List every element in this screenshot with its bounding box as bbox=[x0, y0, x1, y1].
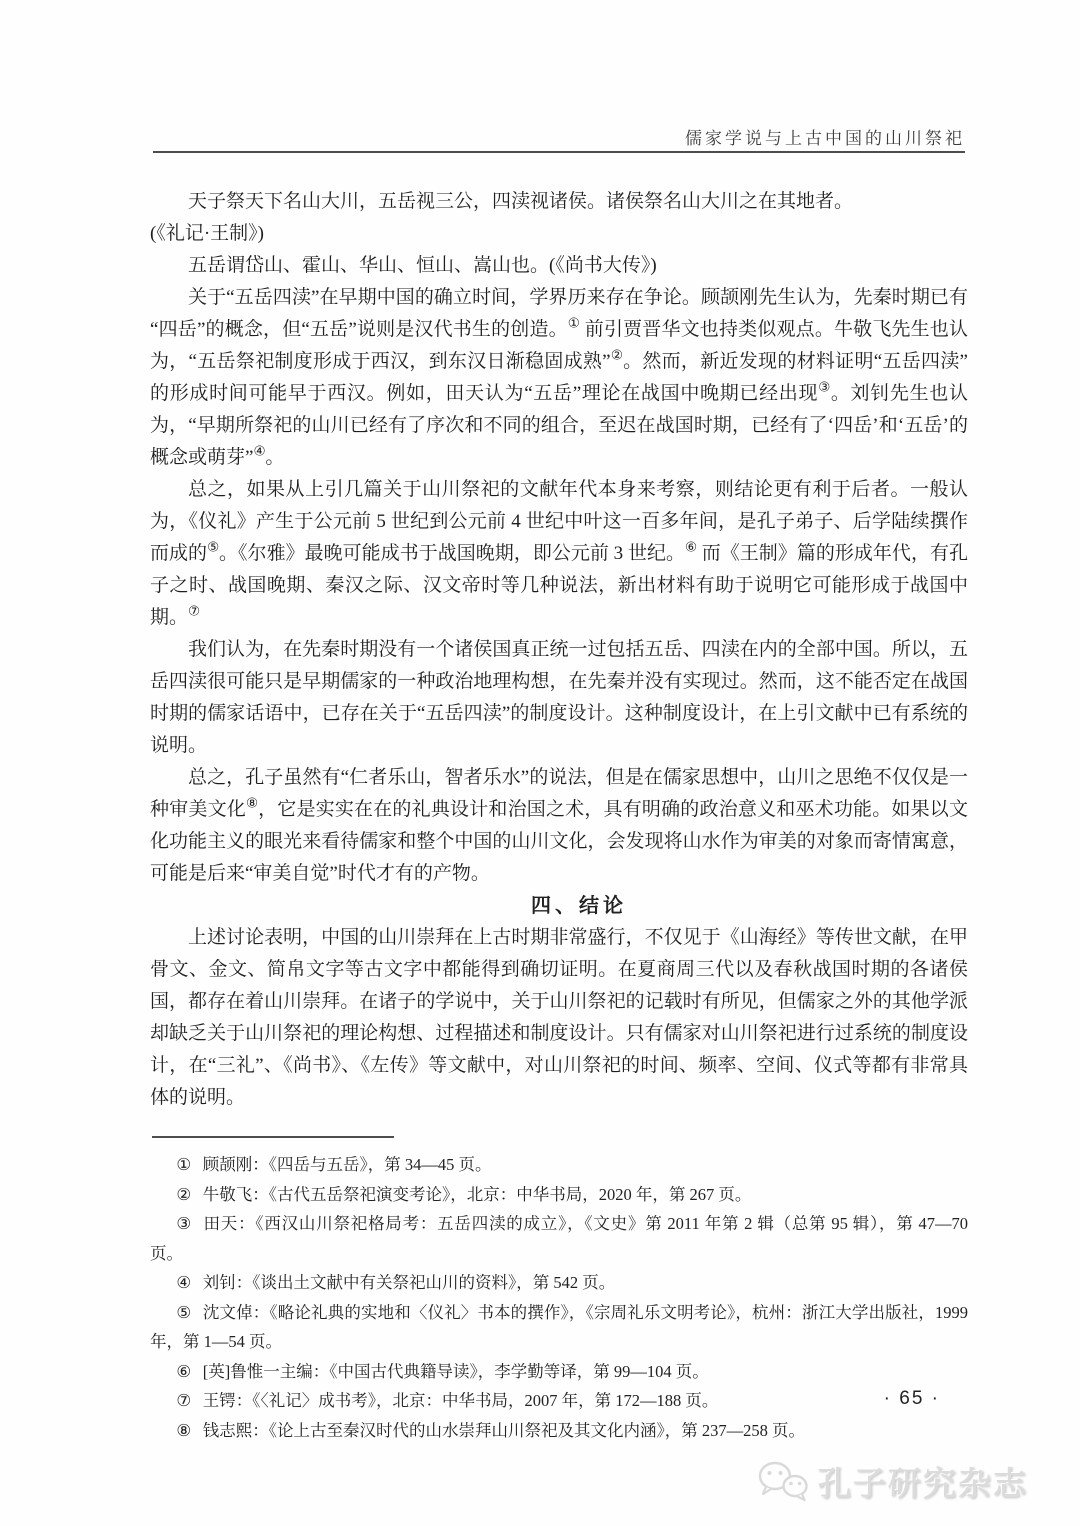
wechat-icon bbox=[756, 1459, 810, 1505]
paragraph: 总之，孔子虽然有“仁者乐山，智者乐水”的说法，但是在儒家思想中，山川之思绝不仅仅… bbox=[150, 762, 968, 890]
footnote: ⑥[英]鲁惟一主编：《中国古代典籍导读》，李学勤等译，第 99—104 页。 bbox=[150, 1357, 968, 1387]
footnote-number: ⑥ bbox=[176, 1357, 191, 1387]
quote-attribution: (《礼记·王制》) bbox=[150, 218, 968, 250]
footnote: ⑧钱志熙：《论上古至秦汉时代的山水崇拜山川祭祀及其文化内涵》，第 237—258… bbox=[150, 1416, 968, 1446]
footnote-number: ② bbox=[176, 1180, 191, 1210]
paragraph: 关于“五岳四渎”在早期中国的确立时间，学界历来存在争论。顾颉刚先生认为，先秦时期… bbox=[150, 282, 968, 474]
footnote: ①顾颉刚：《四岳与五岳》，第 34—45 页。 bbox=[150, 1150, 968, 1180]
conclusion-paragraph: 上述讨论表明，中国的山川崇拜在上古时期非常盛行，不仅见于《山海经》等传世文献，在… bbox=[150, 922, 968, 1114]
footnote: ④刘钊：《谈出土文献中有关祭祀山川的资料》，第 542 页。 bbox=[150, 1268, 968, 1298]
running-title: 儒家学说与上古中国的山川祭祀 bbox=[153, 124, 965, 149]
footnote: ③田天：《西汉山川祭祀格局考：五岳四渎的成立》，《文史》第 2011 年第 2 … bbox=[150, 1209, 968, 1268]
footnote-text: 顾颉刚：《四岳与五岳》，第 34—45 页。 bbox=[203, 1155, 492, 1174]
footnote: ②牛敬飞：《古代五岳祭祀演变考论》，北京：中华书局，2020 年，第 267 页… bbox=[150, 1180, 968, 1210]
journal-watermark-text: 孔子研究杂志 bbox=[818, 1458, 1028, 1505]
page: 儒家学说与上古中国的山川祭祀 天子祭天下名山大川，五岳视三公，四渎视诸侯。诸侯祭… bbox=[0, 0, 1080, 1526]
footnote-number: ⑧ bbox=[176, 1416, 191, 1446]
footnote-text: 牛敬飞：《古代五岳祭祀演变考论》，北京：中华书局，2020 年，第 267 页。 bbox=[203, 1185, 752, 1204]
quote-line: 天子祭天下名山大川，五岳视三公，四渎视诸侯。诸侯祭名山大川之在其地者。 bbox=[150, 186, 968, 218]
footnote-number: ⑤ bbox=[176, 1298, 191, 1328]
paragraph: 我们认为，在先秦时期没有一个诸侯国真正统一过包括五岳、四渎在内的全部中国。所以，… bbox=[150, 634, 968, 762]
footnote-separator bbox=[152, 1136, 394, 1138]
footnote-number: ③ bbox=[176, 1209, 191, 1239]
paragraph: 总之，如果从上引几篇关于山川祭祀的文献年代本身来考察，则结论更有利于后者。一般认… bbox=[150, 474, 968, 634]
journal-watermark: 孔子研究杂志 bbox=[756, 1458, 1028, 1505]
quote-line: 五岳谓岱山、霍山、华山、恒山、嵩山也。(《尚书大传》) bbox=[150, 250, 968, 282]
footnote-text: 沈文倬：《略论礼典的实地和〈仪礼〉书本的撰作》，《宗周礼乐文明考论》，杭州：浙江… bbox=[150, 1303, 968, 1352]
footnote-number: ④ bbox=[176, 1268, 191, 1298]
footnote-text: 田天：《西汉山川祭祀格局考：五岳四渎的成立》，《文史》第 2011 年第 2 辑… bbox=[150, 1214, 968, 1263]
header-rule bbox=[153, 151, 965, 153]
footnote-number: ① bbox=[176, 1150, 191, 1180]
footnote: ⑤沈文倬：《略论礼典的实地和〈仪礼〉书本的撰作》，《宗周礼乐文明考论》，杭州：浙… bbox=[150, 1298, 968, 1357]
page-number: · 65 · bbox=[150, 1388, 940, 1410]
footnote-text: 钱志熙：《论上古至秦汉时代的山水崇拜山川祭祀及其文化内涵》，第 237—258 … bbox=[203, 1421, 805, 1440]
footnote-text: [英]鲁惟一主编：《中国古代典籍导读》，李学勤等译，第 99—104 页。 bbox=[203, 1362, 709, 1381]
footnote-text: 刘钊：《谈出土文献中有关祭祀山川的资料》，第 542 页。 bbox=[203, 1273, 616, 1292]
section-heading: 四、结论 bbox=[150, 890, 968, 922]
article-body: 天子祭天下名山大川，五岳视三公，四渎视诸侯。诸侯祭名山大川之在其地者。 (《礼记… bbox=[150, 186, 968, 1445]
